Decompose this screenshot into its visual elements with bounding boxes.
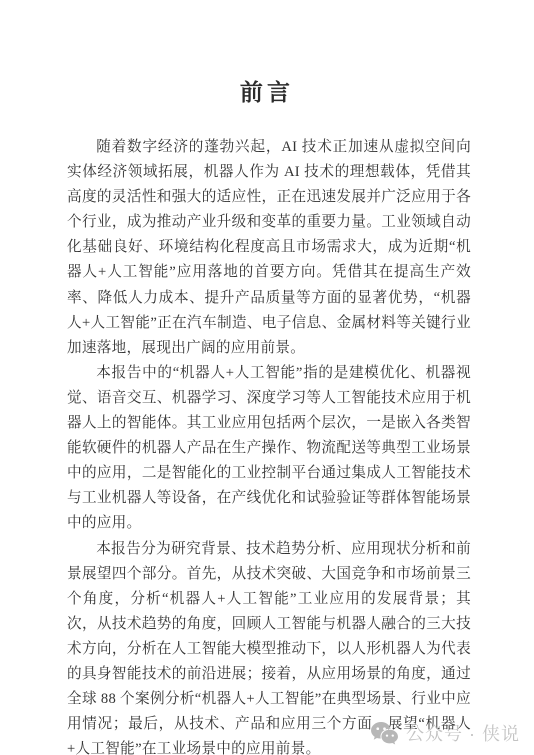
paragraph: 本报告中的“机器人+人工智能”指的是建模优化、机器视觉、语音交互、机器学习、深度… (67, 361, 471, 537)
watermark-label: 公众号 · 侠说 (406, 720, 520, 746)
paragraph: 随着数字经济的蓬勃兴起，AI 技术正加速从虚拟空间向实体经济领域拓展，机器人作为… (67, 135, 471, 361)
wechat-icon (370, 721, 399, 746)
watermark: 公众号 · 侠说 (370, 720, 520, 746)
document-page: 前言 随着数字经济的蓬勃兴起，AI 技术正加速从虚拟空间向实体经济领域拓展，机器… (0, 0, 534, 755)
document-body: 随着数字经济的蓬勃兴起，AI 技术正加速从虚拟空间向实体经济领域拓展，机器人作为… (67, 135, 471, 755)
page-title: 前言 (0, 0, 534, 108)
